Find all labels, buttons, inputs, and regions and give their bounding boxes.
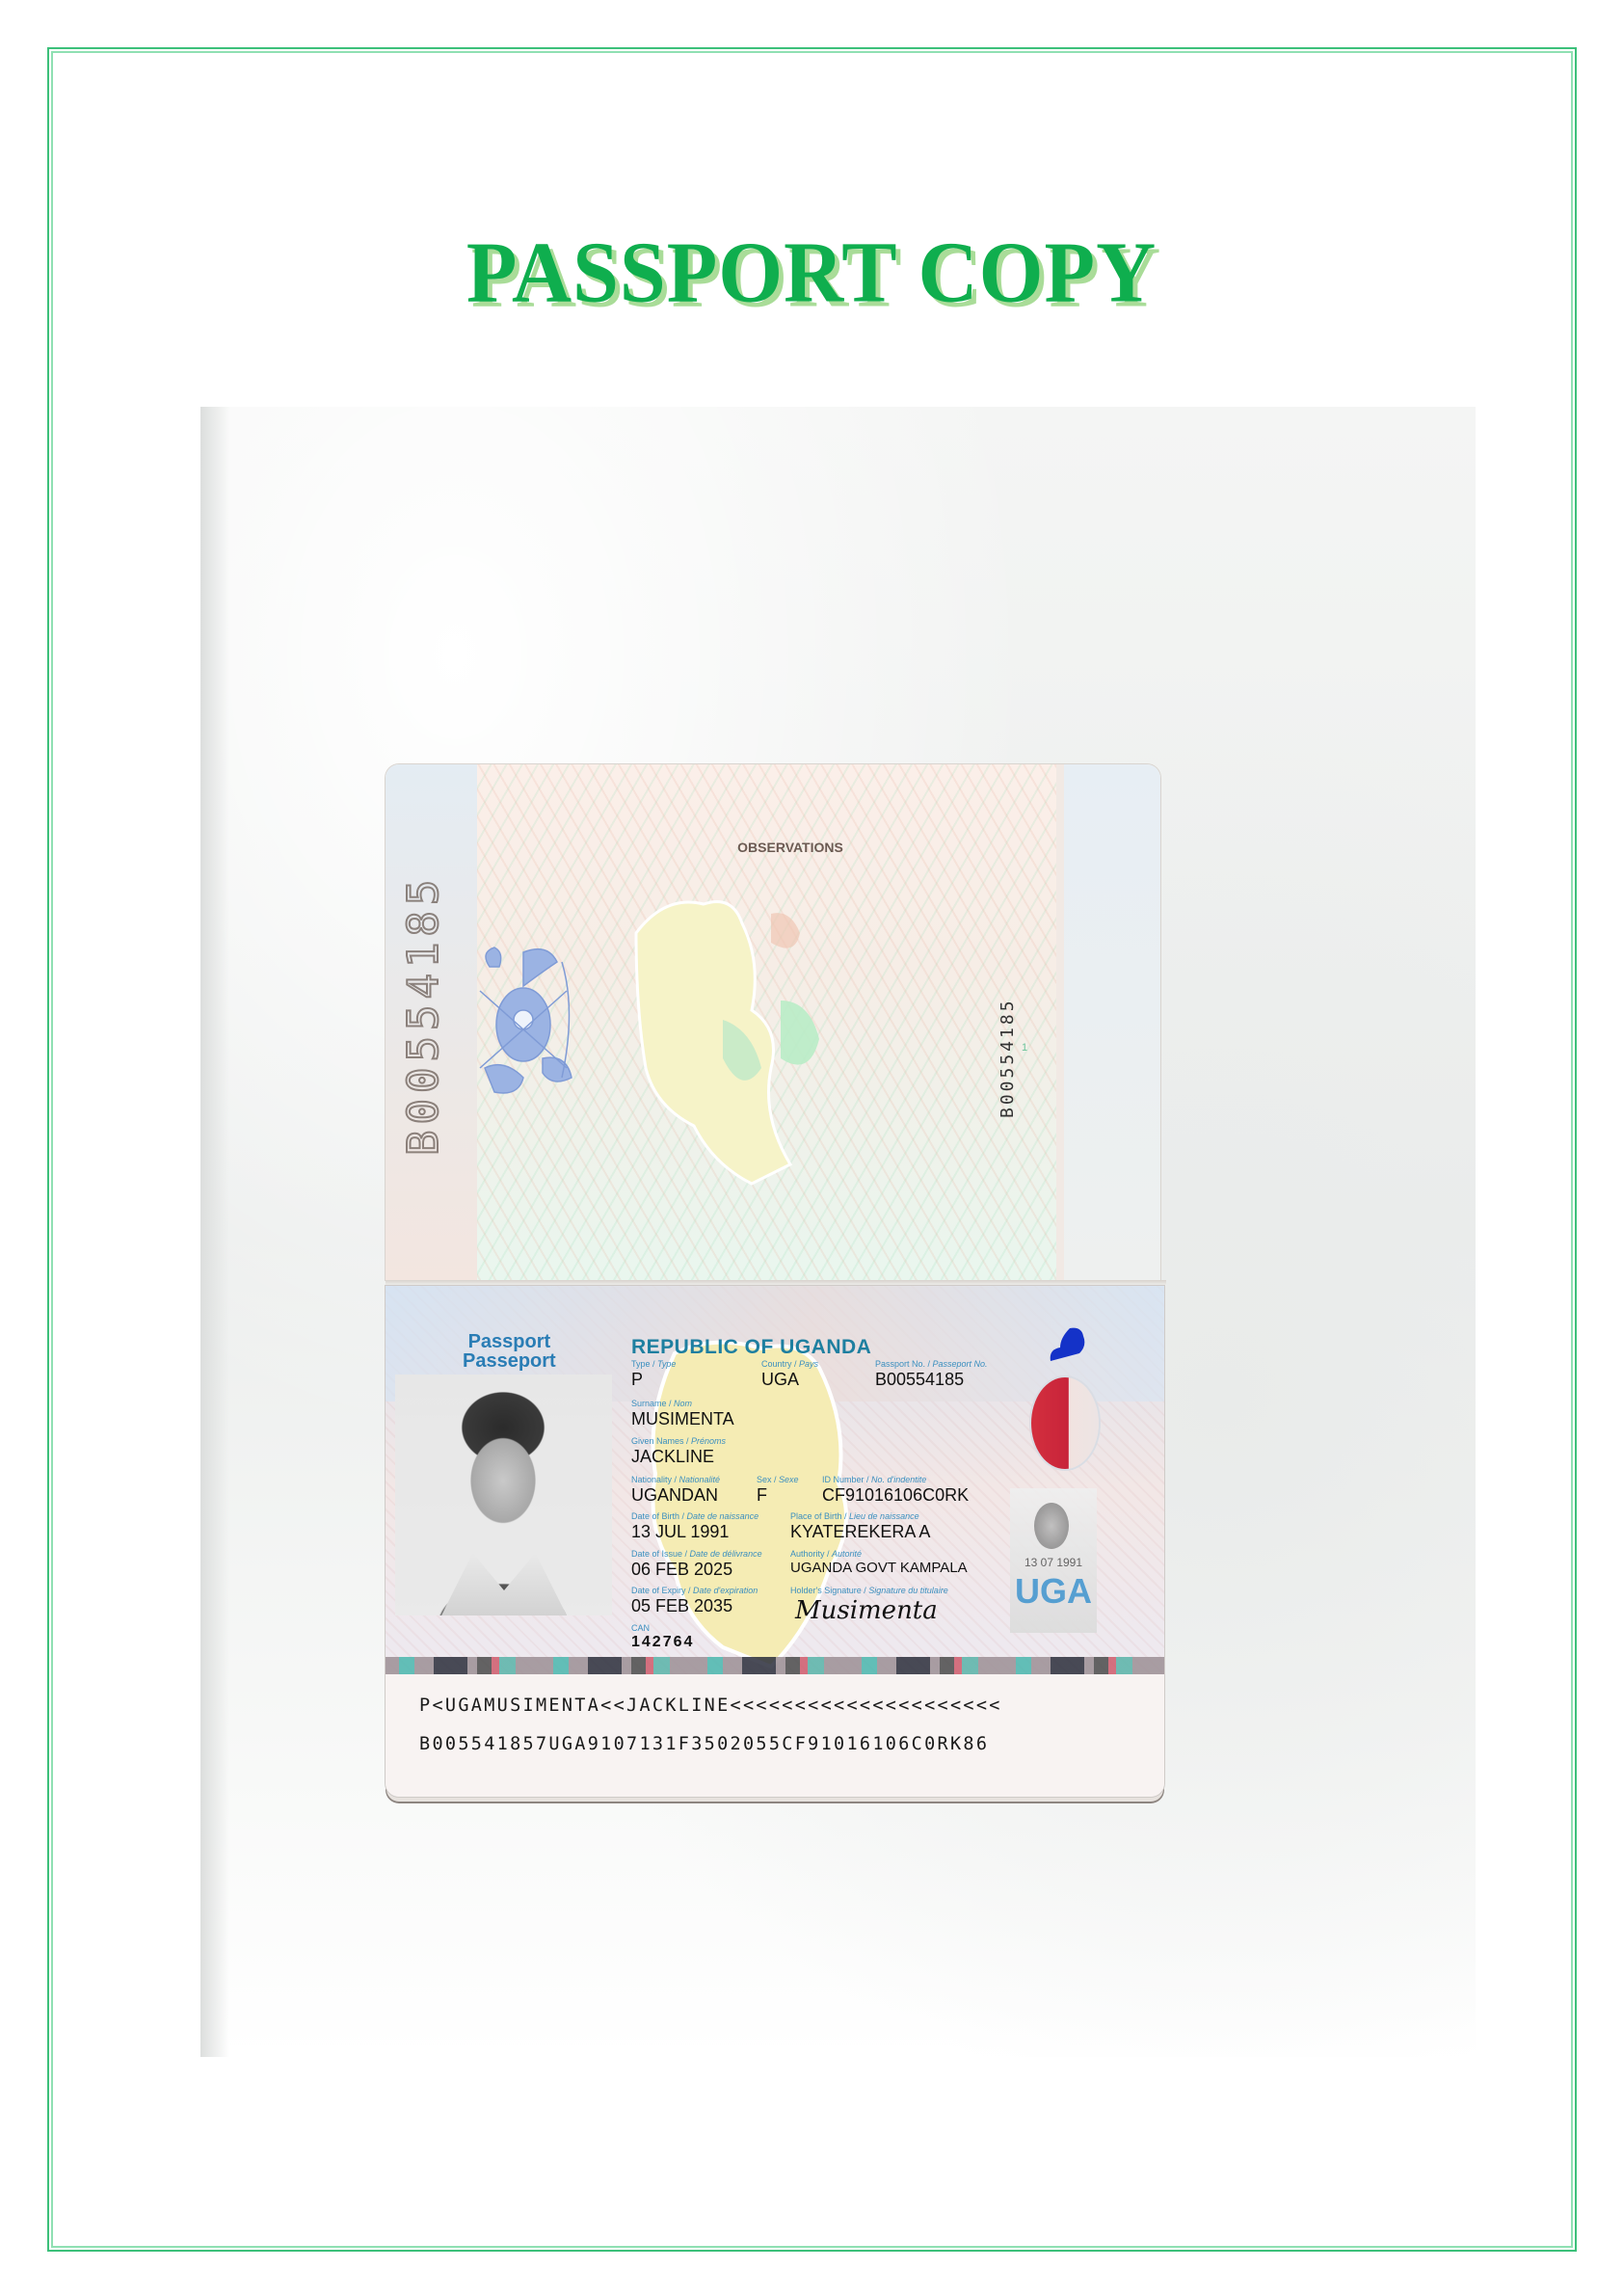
field-nationality: Nationality / Nationalité UGANDAN [631,1475,720,1506]
passport-booklet: B00554185 OBSERVATIONS [386,764,1166,1825]
field-country: Country / Pays UGA [761,1359,818,1390]
observations-page: B00554185 OBSERVATIONS [386,764,1160,1280]
country-heading: REPUBLIC OF UGANDA [631,1336,871,1359]
scanned-image: B00554185 OBSERVATIONS [200,407,1476,2057]
field-id-number: ID Number / No. d'indentite CF91016106C0… [822,1475,969,1506]
country-value: UGA [761,1370,818,1390]
date-of-issue-value: 06 FEB 2025 [631,1560,762,1580]
sex-value: F [757,1485,799,1506]
ghost-country-code: UGA [1010,1571,1097,1612]
mrz-line-1: P<UGAMUSIMENTA<<JACKLINE<<<<<<<<<<<<<<<<… [419,1695,1002,1716]
coat-of-arms-icon [470,933,591,1107]
nationality-value: UGANDAN [631,1485,720,1506]
field-date-of-birth: Date of Birth / Date de naissance 13 JUL… [631,1511,758,1542]
right-strip-edge [1056,764,1064,1280]
ghost-face [1034,1503,1069,1549]
uganda-map-watermark [598,875,838,1193]
id-number-value: CF91016106C0RK [822,1485,969,1506]
ghost-date: 13 07 1991 [1010,1556,1097,1569]
right-strip [1064,764,1160,1280]
perforated-passport-number: B00554185 [399,851,466,1179]
date-of-expiry-value: 05 FEB 2035 [631,1596,758,1616]
ghost-image: 13 07 1991 UGA [1010,1488,1097,1633]
passport-label: Passport Passeport [463,1332,556,1371]
field-sex: Sex / Sexe F [757,1475,799,1506]
security-window [1031,1377,1099,1469]
holder-photo [395,1375,612,1615]
uganda-map-icon [1049,1326,1089,1365]
field-authority: Authority / Autorité UGANDA GOVT KAMPALA [790,1549,968,1576]
field-given-names: Given Names / Prénoms JACKLINE [631,1436,726,1467]
field-surname: Surname / Nom MUSIMENTA [631,1399,734,1429]
date-of-birth-value: 13 JUL 1991 [631,1522,758,1542]
field-date-of-expiry: Date of Expiry / Date d'expiration 05 FE… [631,1586,758,1616]
can-value: 142764 [631,1634,694,1651]
type-value: P [631,1370,676,1390]
photo-collar [441,1553,567,1615]
passport-label-fr: Passeport [463,1351,556,1371]
place-of-birth-value: KYATEREKERA A [790,1522,930,1542]
page-title: PASSPORT COPY [0,222,1623,323]
observations-heading: OBSERVATIONS [598,840,983,855]
mrz-line-2: B005541857UGA9107131F3502055CF91016106C0… [419,1734,989,1754]
field-place-of-birth: Place of Birth / Lieu de naissance KYATE… [790,1511,930,1542]
field-type: Type / Type P [631,1359,676,1390]
security-strip [386,1657,1164,1674]
surname-value: MUSIMENTA [631,1409,734,1429]
field-passport-no: Passport No. / Passeport No. B00554185 [875,1359,988,1390]
data-page: Passport Passeport REPUBLIC OF UGANDA Ty… [386,1286,1164,1797]
machine-readable-zone: P<UGAMUSIMENTA<<JACKLINE<<<<<<<<<<<<<<<<… [386,1674,1164,1797]
passport-no-value: B00554185 [875,1370,988,1390]
given-names-value: JACKLINE [631,1447,726,1467]
holder-signature: Musimenta [795,1596,938,1625]
serial-number-vertical: B00554185 [998,967,1036,1150]
authority-value: UGANDA GOVT KAMPALA [790,1560,968,1576]
field-can: CAN 142764 [631,1623,694,1651]
field-holder-signature: Holder's Signature / Signature du titula… [790,1586,948,1595]
serial-suffix: 1 [1022,1042,1027,1054]
passport-label-en: Passport [463,1332,556,1351]
field-date-of-issue: Date of Issue / Date de délivrance 06 FE… [631,1549,762,1580]
